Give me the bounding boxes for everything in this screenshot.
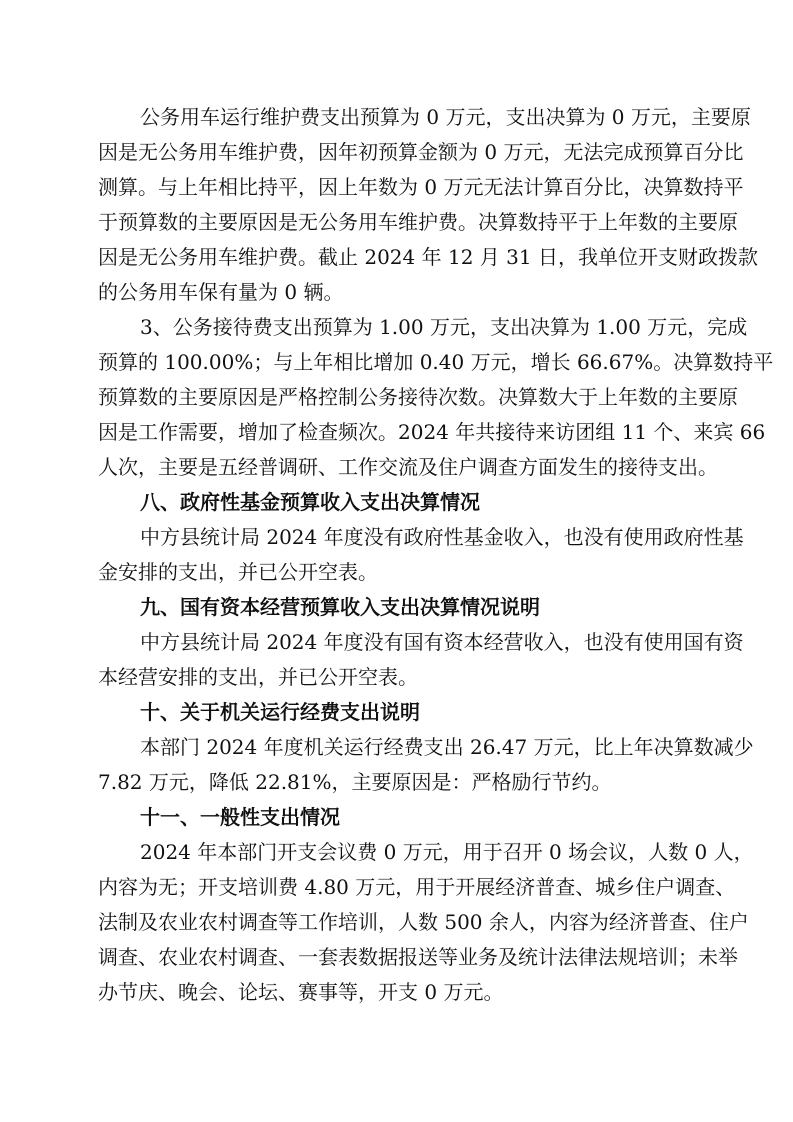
text-line: 人次，主要是五经普调研、工作交流及住户调查方面发生的接待支出。: [98, 450, 698, 485]
text-line: 中方县统计局 2024 年度没有国有资本经营收入，也没有使用国有资: [98, 625, 698, 660]
text-line: 中方县统计局 2024 年度没有政府性基金收入，也没有使用政府性基: [98, 520, 698, 555]
text-line: 7.82 万元，降低 22.81%，主要原因是：严格励行节约。: [98, 765, 698, 800]
section-heading-8: 八、政府性基金预算收入支出决算情况: [98, 485, 698, 520]
document-page: 公务用车运行维护费支出预算为 0 万元，支出决算为 0 万元，主要原 因是无公务…: [98, 100, 698, 1010]
section-heading-10: 十、关于机关运行经费支出说明: [98, 695, 698, 730]
paragraph-government-fund: 中方县统计局 2024 年度没有政府性基金收入，也没有使用政府性基 金安排的支出…: [98, 520, 698, 590]
paragraph-reception-expenses: 3、公务接待费支出预算为 1.00 万元，支出决算为 1.00 万元，完成 预算…: [98, 310, 698, 485]
text-line: 因是无公务用车维护费，因年初预算金额为 0 万元，无法完成预算百分比: [98, 135, 698, 170]
paragraph-operating-expenses: 本部门 2024 年度机关运行经费支出 26.47 万元，比上年决算数减少 7.…: [98, 730, 698, 800]
text-line: 调查、农业农村调查、一套表数据报送等业务及统计法律法规培训；未举: [98, 940, 698, 975]
paragraph-vehicle-maintenance: 公务用车运行维护费支出预算为 0 万元，支出决算为 0 万元，主要原 因是无公务…: [98, 100, 698, 310]
section-heading-9: 九、国有资本经营预算收入支出决算情况说明: [98, 590, 698, 625]
text-line: 测算。与上年相比持平，因上年数为 0 万元无法计算百分比，决算数持平: [98, 170, 698, 205]
text-line: 于预算数的主要原因是无公务用车维护费。决算数持平于上年数的主要原: [98, 205, 698, 240]
text-line: 法制及农业农村调查等工作培训，人数 500 余人，内容为经济普查、住户: [98, 905, 698, 940]
text-line: 公务用车运行维护费支出预算为 0 万元，支出决算为 0 万元，主要原: [98, 100, 698, 135]
text-line: 的公务用车保有量为 0 辆。: [98, 275, 698, 310]
text-line: 因是无公务用车维护费。截止 2024 年 12 月 31 日，我单位开支财政拨款: [98, 240, 698, 275]
paragraph-general-expenses: 2024 年本部门开支会议费 0 万元，用于召开 0 场会议，人数 0 人， 内…: [98, 835, 698, 1010]
text-line: 本经营安排的支出，并已公开空表。: [98, 660, 698, 695]
text-line: 3、公务接待费支出预算为 1.00 万元，支出决算为 1.00 万元，完成: [98, 310, 698, 345]
section-heading-11: 十一、一般性支出情况: [98, 800, 698, 835]
text-line: 金安排的支出，并已公开空表。: [98, 555, 698, 590]
text-line: 预算数的主要原因是严格控制公务接待次数。决算数大于上年数的主要原: [98, 380, 698, 415]
text-line: 因是工作需要，增加了检查频次。2024 年共接待来访团组 11 个、来宾 66: [98, 415, 698, 450]
text-line: 预算的 100.00%；与上年相比增加 0.40 万元，增长 66.67%。决算…: [98, 345, 698, 380]
text-line: 本部门 2024 年度机关运行经费支出 26.47 万元，比上年决算数减少: [98, 730, 698, 765]
text-line: 内容为无；开支培训费 4.80 万元，用于开展经济普查、城乡住户调查、: [98, 870, 698, 905]
text-line: 办节庆、晚会、论坛、赛事等，开支 0 万元。: [98, 975, 698, 1010]
text-line: 2024 年本部门开支会议费 0 万元，用于召开 0 场会议，人数 0 人，: [98, 835, 698, 870]
paragraph-state-capital: 中方县统计局 2024 年度没有国有资本经营收入，也没有使用国有资 本经营安排的…: [98, 625, 698, 695]
